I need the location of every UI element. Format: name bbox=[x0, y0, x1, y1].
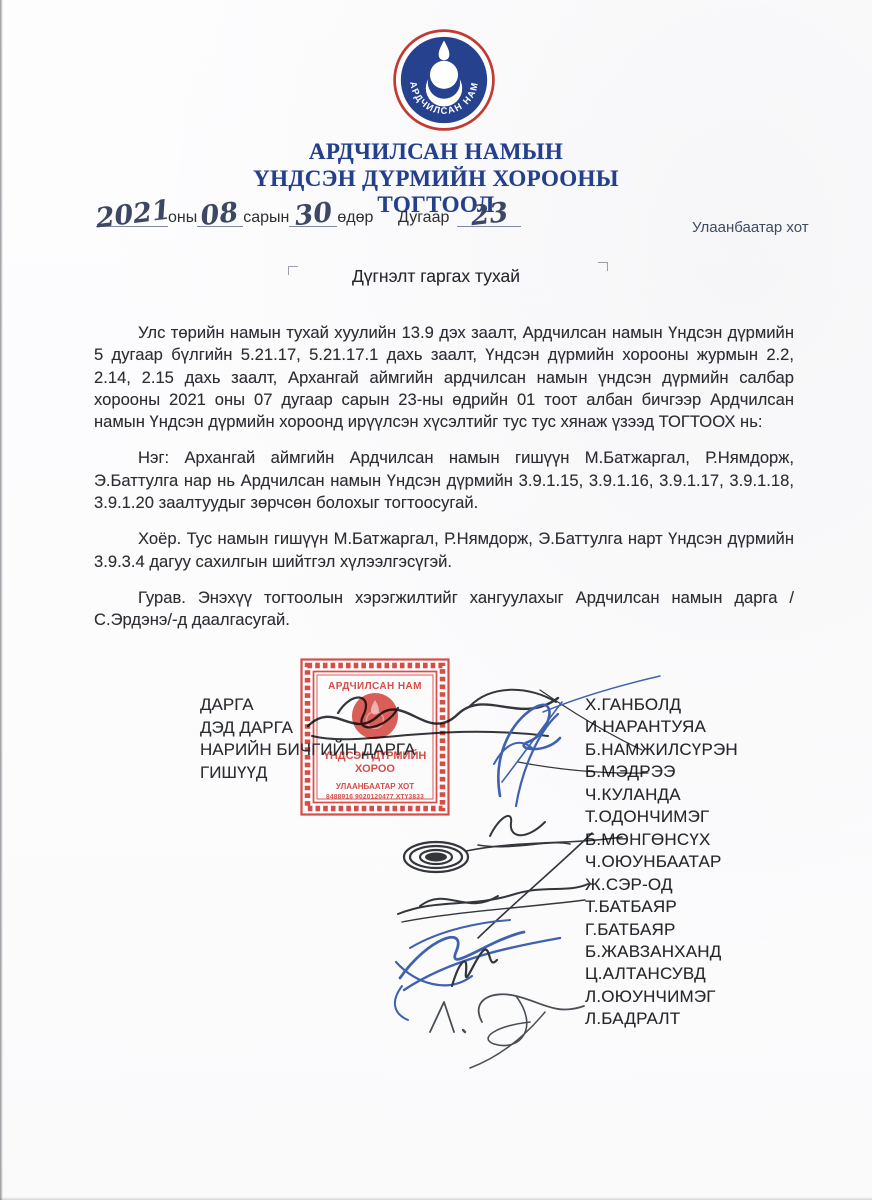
list-item: Х.ГАНБОЛД bbox=[585, 694, 738, 716]
paragraph-one: Нэг: Архангай аймгийн Ардчилсан намын ги… bbox=[94, 447, 794, 514]
signature-ink bbox=[404, 938, 560, 990]
signature-ink bbox=[404, 842, 468, 872]
city-label: Улаанбаатар хот bbox=[692, 219, 809, 236]
corner-mark-right bbox=[598, 262, 608, 271]
number-label: Дугаар bbox=[398, 209, 457, 227]
signature-ink bbox=[463, 1030, 465, 1032]
role-secretary: НАРИЙН БИЧГИЙН ДАРГА bbox=[200, 739, 415, 762]
signature-ink bbox=[400, 932, 524, 978]
paragraph-two: Хоёр. Тус намын гишүүн М.Батжаргал, Р.Ня… bbox=[94, 528, 794, 573]
signature-ink bbox=[395, 986, 408, 1020]
date-line: 2021 оны 08 сарын 30 өдөр bbox=[96, 202, 373, 227]
number-blank: 23 bbox=[457, 202, 521, 227]
document-number-line: Дугаар 23 bbox=[398, 202, 521, 227]
document-body: Улс төрийн намын тухай хуулийн 13.9 дэх … bbox=[94, 322, 794, 646]
signature-ink bbox=[398, 884, 588, 914]
signature-ink bbox=[396, 962, 472, 985]
list-item: Ц.АЛТАНСУВД bbox=[585, 963, 738, 985]
month-blank: 08 bbox=[197, 202, 243, 227]
list-item: Б.ЖАВЗАНХАНД bbox=[585, 941, 738, 963]
signature-ink bbox=[402, 900, 585, 922]
signature-ink bbox=[488, 996, 530, 1046]
handwritten-month: 08 bbox=[199, 197, 240, 232]
list-item: Т.БАТБАЯР bbox=[585, 896, 738, 918]
paragraph-preamble: Улс төрийн намын тухай хуулийн 13.9 дэх … bbox=[94, 322, 794, 433]
subject-row: Дүгнэлт гаргах тухай bbox=[0, 260, 872, 290]
signature-ink bbox=[479, 994, 584, 1022]
signature-ink bbox=[425, 853, 447, 862]
role-vice-chairman: ДЭД ДАРГА bbox=[200, 717, 415, 740]
signature-ink bbox=[490, 816, 545, 836]
signature-ink bbox=[494, 743, 532, 764]
signature-ink bbox=[470, 1012, 545, 1068]
signature-ink bbox=[516, 714, 558, 806]
role-members: ГИШҮҮД bbox=[200, 762, 415, 785]
signature-ink bbox=[498, 705, 560, 796]
signature-ink bbox=[410, 920, 510, 948]
list-item: Ж.СЭР-ОД bbox=[585, 874, 738, 896]
month-label: сарын bbox=[243, 209, 289, 227]
signatory-names-list: Х.ГАНБОЛД И.НАРАНТУЯА Б.НАМЖИЛСҮРЭН Б.МЭ… bbox=[585, 694, 738, 1031]
list-item: Б.МӨНГӨНСҮХ bbox=[585, 829, 738, 851]
title-line-2: ҮНДСЭН ДҮРМИЙН ХОРООНЫ bbox=[0, 166, 872, 193]
list-item: Б.НАМЖИЛСҮРЭН bbox=[585, 739, 738, 761]
handwritten-number: 23 bbox=[468, 197, 509, 232]
subject-title: Дүгнэлт гаргах тухай bbox=[0, 266, 872, 287]
list-item: Л.ОЮУНЧИМЭГ bbox=[585, 986, 738, 1008]
signature-ink bbox=[478, 833, 592, 938]
day-blank: 30 bbox=[289, 202, 337, 227]
title-line-1: АРДЧИЛСАН НАМЫН bbox=[0, 139, 872, 166]
stamp-party-name: АРДЧИЛСАН НАМ bbox=[328, 681, 422, 692]
paragraph-three: Гурав. Энэхүү тогтоолын хэрэгжилтийг хан… bbox=[94, 587, 794, 632]
list-item: Л.БАДРАЛТ bbox=[585, 1008, 738, 1030]
list-item: И.НАРАНТУЯА bbox=[585, 716, 738, 738]
year-blank: 2021 bbox=[96, 202, 168, 227]
signature-ink bbox=[420, 896, 498, 906]
scanned-document-page: АРДЧИЛСАН НАМ АРДЧИЛСАН НАМЫН ҮНДСЭН ДҮР… bbox=[0, 0, 872, 1200]
signature-ink bbox=[452, 950, 497, 986]
signature-ink bbox=[502, 702, 562, 782]
signatory-roles: ДАРГА ДЭД ДАРГА НАРИЙН БИЧГИЙН ДАРГА ГИШ… bbox=[200, 694, 415, 784]
handwritten-day: 30 bbox=[292, 197, 333, 232]
list-item: Б.МЭДРЭЭ bbox=[585, 761, 738, 783]
list-item: Т.ОДОНЧИМЭГ bbox=[585, 806, 738, 828]
list-item: Ч.ОЮУНБААТАР bbox=[585, 851, 738, 873]
list-item: Ч.КУЛАНДА bbox=[585, 784, 738, 806]
democratic-party-logo-icon: АРДЧИЛСАН НАМ bbox=[392, 28, 496, 132]
signature-ink bbox=[478, 843, 570, 847]
stamp-registration-numbers: 8488916 9020120477 ХТҮ3833 bbox=[326, 794, 424, 801]
list-item: Г.БАТБАЯР bbox=[585, 919, 738, 941]
role-chairman: ДАРГА bbox=[200, 694, 415, 717]
signature-ink bbox=[470, 690, 556, 706]
signature-ink bbox=[430, 1002, 454, 1032]
day-label: өдөр bbox=[337, 209, 373, 227]
